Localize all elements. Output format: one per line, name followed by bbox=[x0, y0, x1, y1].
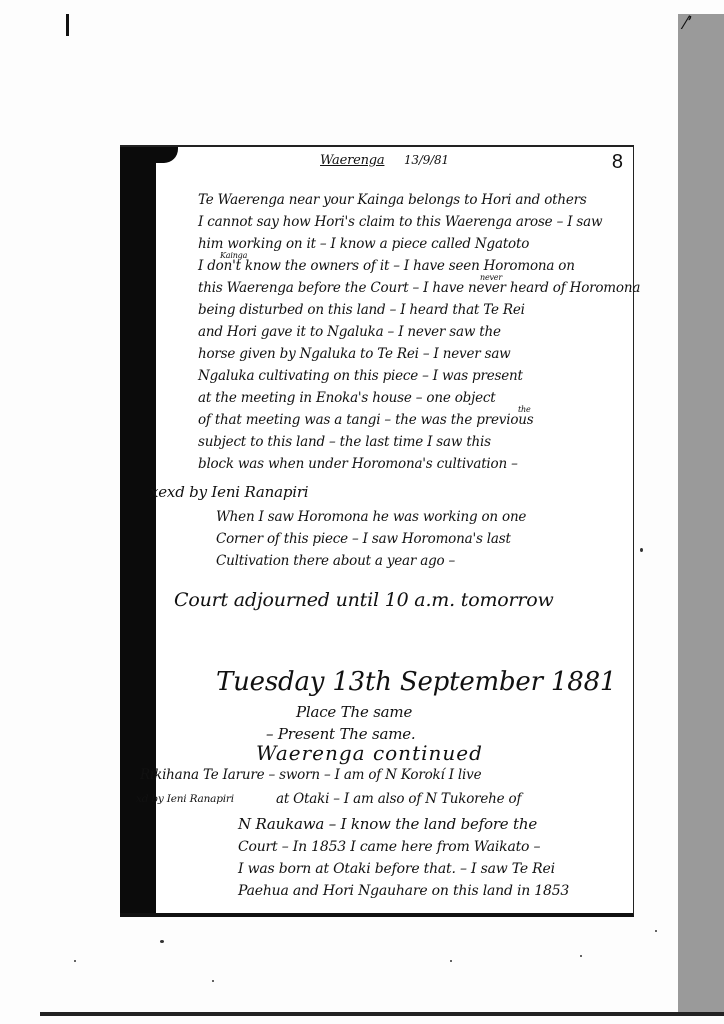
witness-sworn-line: Rikihana Te Iarure – sworn – I am of N K… bbox=[140, 767, 481, 783]
cross-exam-line: Cultivation there about a year ago – bbox=[216, 553, 455, 569]
testimony-line: him working on it – I know a piece calle… bbox=[198, 235, 529, 253]
cross-exam-heading: xexd by Ieni Ranapiri bbox=[150, 483, 308, 501]
testimony-line: Ngaluka cultivating on this piece – I wa… bbox=[198, 367, 523, 385]
witness-line: Paehua and Hori Ngauhare on this land in… bbox=[238, 883, 569, 899]
case-heading: Waerenga continued bbox=[256, 741, 483, 765]
witness-line: I was born at Otaki before that. – I saw… bbox=[238, 861, 555, 877]
speck bbox=[640, 548, 643, 552]
minute-book-page: Waerenga 13/9/81 8 Te Waerenga near your… bbox=[120, 145, 634, 917]
testimony-line: horse given by Ngaluka to Te Rei – I nev… bbox=[198, 345, 511, 363]
cross-exam-line: Corner of this piece – I saw Horomona's … bbox=[216, 531, 511, 547]
adjournment-note: Court adjourned until 10 a.m. tomorrow bbox=[174, 589, 554, 611]
scanner-edge-strip bbox=[678, 14, 724, 1014]
speck bbox=[160, 940, 164, 943]
scanned-document: ⁄’ Waerenga 13/9/81 8 Te Waerenga near y… bbox=[0, 0, 724, 1024]
session-place: Place The same bbox=[296, 703, 412, 721]
session-day-heading: Tuesday 13th September 1881 bbox=[216, 667, 616, 697]
witness-margin-note: xd by Ieni Ranapiri bbox=[136, 793, 234, 805]
scan-bottom-edge bbox=[40, 1012, 724, 1016]
speck bbox=[655, 930, 657, 932]
testimony-line: of that meeting was a tangi – the was th… bbox=[198, 411, 533, 429]
witness-line: N Raukawa – I know the land before the bbox=[238, 815, 537, 833]
speck bbox=[450, 960, 452, 962]
testimony-line: Te Waerenga near your Kainga belongs to … bbox=[198, 191, 587, 209]
witness-line: Court – In 1853 I came here from Waikato… bbox=[238, 839, 540, 855]
testimony-line: subject to this land – the last time I s… bbox=[198, 433, 491, 451]
speck bbox=[580, 955, 582, 957]
cross-exam-line: When I saw Horomona he was working on on… bbox=[216, 509, 526, 525]
testimony-line: and Hori gave it to Ngaluka – I never sa… bbox=[198, 323, 501, 341]
page-header-date: 13/9/81 bbox=[404, 153, 449, 167]
page-header-title: Waerenga bbox=[320, 153, 384, 168]
testimony-line: I don't know the owners of it – I have s… bbox=[198, 257, 575, 275]
speck bbox=[74, 960, 76, 962]
witness-line: at Otaki – I am also of N Tukorehe of bbox=[276, 791, 521, 807]
strip-ink-mark: ⁄’ bbox=[684, 14, 696, 54]
page-number: 8 bbox=[612, 151, 623, 174]
speck bbox=[212, 980, 214, 982]
testimony-line: this Waerenga before the Court – I have … bbox=[198, 279, 640, 297]
testimony-line: I cannot say how Hori's claim to this Wa… bbox=[198, 213, 602, 231]
testimony-line: at the meeting in Enoka's house – one ob… bbox=[198, 389, 495, 407]
testimony-line: block was when under Horomona's cultivat… bbox=[198, 455, 518, 473]
testimony-line: being disturbed on this land – I heard t… bbox=[198, 301, 525, 319]
scan-corner-mark bbox=[66, 14, 69, 36]
